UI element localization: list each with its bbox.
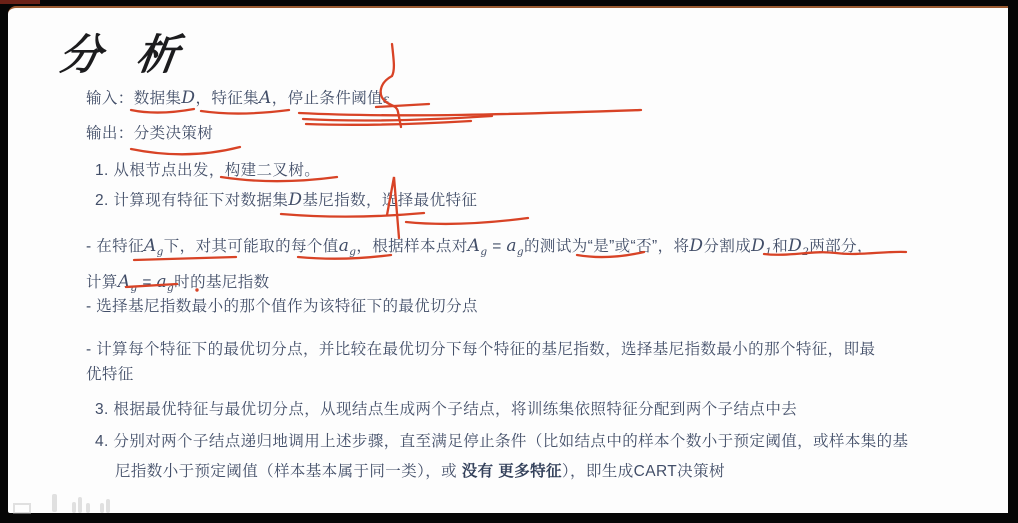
bullet-compare-features: - 计算每个特征下的最优切分点，并比较在最优切分下每个特征的基尼指数，选择基尼指… <box>86 337 890 387</box>
line-output: 输出：分类决策树 <box>86 124 213 143</box>
page-title: 分 析 <box>56 22 193 82</box>
bullet-min-gini-value: - 选择基尼指数最小的那个值作为该特征下的最优切分点 <box>86 297 478 316</box>
step-2: 2. 计算现有特征下对数据集D基尼指数，选择最优特征 <box>95 190 477 211</box>
step-3: 3. 根据最优特征与最优切分点，从现结点生成两个子结点，将训练集依照特征分配到两… <box>95 400 797 419</box>
line-input: 输入：数据集D，特征集A，停止条件阈值ε <box>86 88 390 109</box>
step-4: 4. 分别对两个子结点递归地调用上述步骤，直至满足停止条件（比如结点中的样本个数… <box>95 427 921 487</box>
video-frame: 分 析 输入：数据集D，特征集A，停止条件阈值ε 输出：分类决策树 1. 从根节… <box>0 0 1018 523</box>
top-left-accent <box>0 0 40 4</box>
paragraph-feature-split: - 在特征Ag下，对其可能取的每个值ag，根据样本点对Ag = ag的测试为“是… <box>86 231 888 303</box>
step-1: 1. 从根节点出发，构建二叉树。 <box>95 161 320 180</box>
